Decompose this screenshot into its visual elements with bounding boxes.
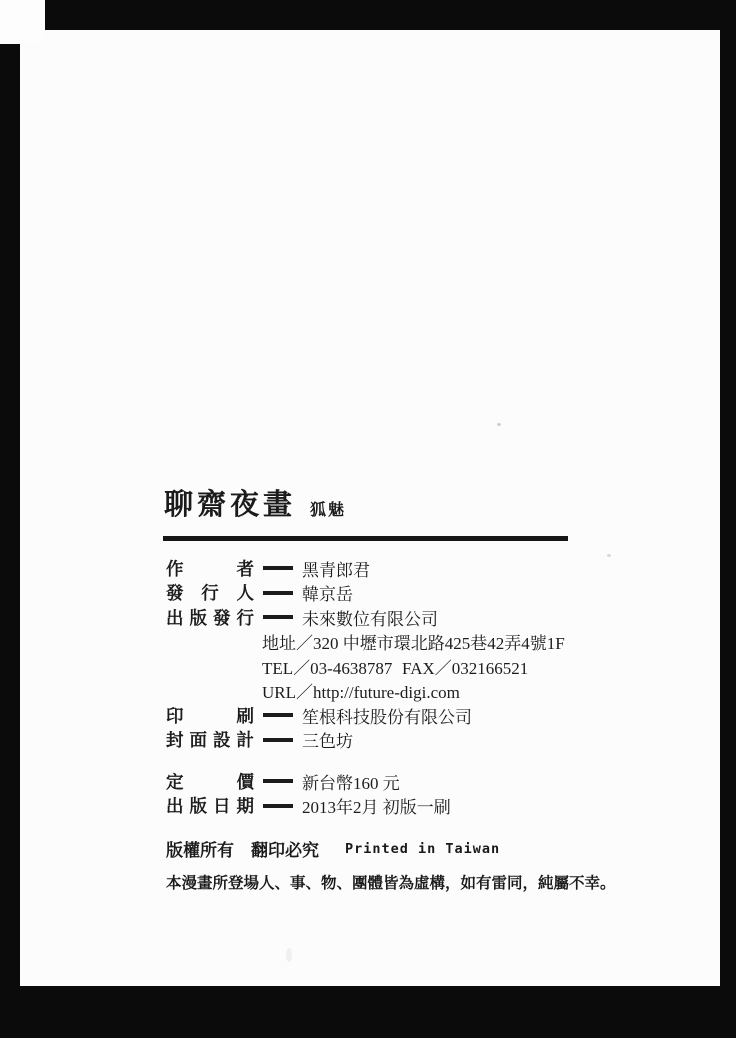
row-printer-label: 印刷 xyxy=(166,703,254,728)
row-cover-design-label: 封面設計 xyxy=(166,727,254,752)
row-publisher-value: 未來數位有限公司 xyxy=(302,605,438,630)
dash-icon xyxy=(263,566,293,570)
dash-icon xyxy=(263,713,293,717)
dash-icon xyxy=(263,591,293,595)
row-printer-value: 笙根科技股份有限公司 xyxy=(302,703,472,728)
publisher-tel-fax-line: TEL／03-4638787 FAX／032166521 xyxy=(166,654,636,679)
publisher-url-line: URL／http://future-digi.com xyxy=(166,679,636,704)
scan-speck xyxy=(497,423,501,426)
scan-speck xyxy=(286,948,292,962)
row-publish-date: 出版日期 2013年2月 初版一刷 xyxy=(166,794,636,819)
row-cover-design-value: 三色坊 xyxy=(302,727,353,752)
scanned-page: 聊齋夜畫 狐魅 作者 黑青郎君 發行人 韓京岳 出版發行 未來數位有限公司 地址… xyxy=(0,0,736,1038)
row-publisher: 出版發行 未來數位有限公司 xyxy=(166,605,636,630)
dash-icon xyxy=(263,738,293,742)
row-author-value: 黑青郎君 xyxy=(302,556,370,581)
fiction-disclaimer: 本漫畫所登場人、事、物、團體皆為虛構，如有雷同，純屬不幸。 xyxy=(166,871,616,893)
dash-icon xyxy=(263,615,293,619)
book-title: 聊齋夜畫 xyxy=(164,487,296,523)
publisher-address-line: 地址／320 中壢市環北路425巷42弄4號1F xyxy=(166,630,636,655)
colophon-info: 作者 黑青郎君 發行人 韓京岳 出版發行 未來數位有限公司 地址／320 中壢市… xyxy=(166,556,636,818)
book-subtitle: 狐魅 xyxy=(310,497,346,523)
row-printer: 印刷 笙根科技股份有限公司 xyxy=(166,703,636,728)
title-block: 聊齋夜畫 狐魅 xyxy=(164,487,346,523)
row-price: 定價 新台幣160 元 xyxy=(166,769,636,794)
row-price-label: 定價 xyxy=(166,769,254,794)
scan-corner-notch xyxy=(0,0,45,44)
copyright-notice: 版權所有 翻印必究 xyxy=(166,836,319,861)
row-author-label: 作者 xyxy=(166,556,254,581)
copyright-block: 版權所有 翻印必究 Printed in Taiwan 本漫畫所登場人、事、物、… xyxy=(166,836,616,893)
row-issuer: 發行人 韓京岳 xyxy=(166,581,636,606)
row-issuer-value: 韓京岳 xyxy=(302,580,353,605)
row-price-value: 新台幣160 元 xyxy=(302,769,400,794)
publisher-tel: TEL／03-4638787 xyxy=(262,654,402,679)
row-issuer-label: 發行人 xyxy=(166,580,254,605)
copyright-line: 版權所有 翻印必究 Printed in Taiwan xyxy=(166,836,616,861)
printed-in-taiwan: Printed in Taiwan xyxy=(345,841,500,857)
publisher-fax: FAX／032166521 xyxy=(402,654,528,679)
title-divider-rule xyxy=(163,536,568,541)
row-cover-design: 封面設計 三色坊 xyxy=(166,728,636,753)
row-publish-date-value: 2013年2月 初版一刷 xyxy=(302,793,451,818)
dash-icon xyxy=(263,779,293,783)
row-publish-date-label: 出版日期 xyxy=(166,793,254,818)
dash-icon xyxy=(263,804,293,808)
row-publisher-label: 出版發行 xyxy=(166,605,254,630)
publisher-url: URL／http://future-digi.com xyxy=(262,678,460,703)
publisher-address: 地址／320 中壢市環北路425巷42弄4號1F xyxy=(262,629,565,654)
row-author: 作者 黑青郎君 xyxy=(166,556,636,581)
